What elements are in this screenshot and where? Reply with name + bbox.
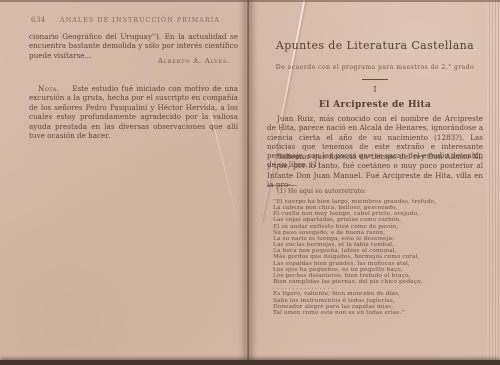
- running-header: ANALES DE INSTRUCCIÓN PRIMARIA: [58, 17, 222, 24]
- scan-bottom-edge: [0, 360, 500, 365]
- note-text: Este estudio fué iniciado con motivo de …: [29, 84, 238, 140]
- note-label: Nota.: [38, 84, 59, 93]
- body-paragraph: Sabemos que floreció en tiempo del rey D…: [267, 152, 483, 189]
- chapter-subtitle: De acuerdo con el programa para maestros…: [262, 64, 488, 71]
- section-heading: El Arcipreste de Hita: [262, 100, 488, 110]
- section-number: I: [262, 85, 488, 94]
- footnote-rule: [267, 185, 297, 186]
- book-gutter-shadow: [246, 0, 250, 365]
- page-edges: [487, 0, 500, 360]
- scan-top-edge: [0, 0, 500, 2]
- body-paragraph: cionario Geográfico del Uruguay''). En l…: [29, 32, 238, 60]
- page-number: 634: [31, 16, 46, 24]
- note-paragraph: Nota.Este estudio fué iniciado con motiv…: [29, 84, 238, 140]
- book-scan: 634 ANALES DE INSTRUCCIÓN PRIMARIA ciona…: [0, 0, 500, 365]
- verse-line: Tal omen como este non es en todas erias…: [273, 310, 483, 316]
- footnote: (1) He aquí su autorretrato:: [267, 188, 483, 195]
- title-rule: [362, 79, 388, 80]
- author-signature: Alberto A. Alves.: [158, 57, 230, 65]
- verse-block: ''El cuerpo ha bien largo, miembros gran…: [273, 199, 483, 316]
- chapter-title: Apuntes de Literatura Castellana: [262, 39, 488, 52]
